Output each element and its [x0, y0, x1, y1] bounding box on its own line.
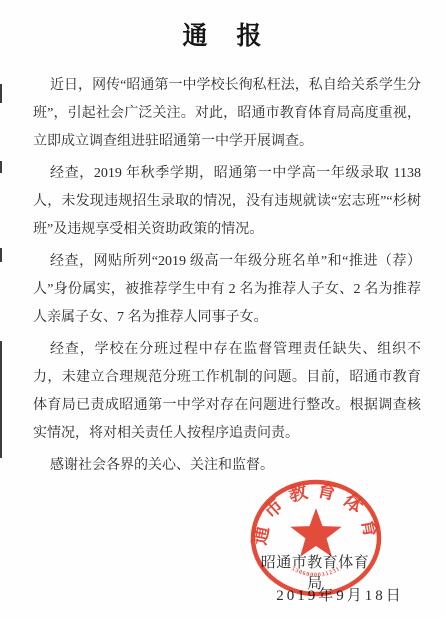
- paragraph: 经查，2019 年秋季学期，昭通第一中学高一年级录取 1138 人，未发现违规招…: [33, 160, 421, 244]
- document-body: 近日，网传“昭通第一中学校长徇私枉法，私自给关系学生分班”，引起社会广泛关注。对…: [33, 72, 421, 484]
- red-star-icon: [290, 508, 341, 557]
- scan-edge-artifact: [0, 248, 2, 262]
- paragraph: 经查，网贴所列“2019 级高一年级分班名单”和“推进（荐）人”身份属实，被推荐…: [33, 248, 421, 332]
- paragraph: 近日，网传“昭通第一中学校长徇私枉法，私自给关系学生分班”，引起社会广泛关注。对…: [33, 72, 421, 156]
- scan-edge-artifact: [0, 341, 2, 458]
- official-seal: 昭通市教育体育局 5306000031231: [246, 477, 386, 599]
- paragraph: 经查，学校在分班过程中存在监督管理责任缺失、组织不力，未建立合理规范分班工作机制…: [33, 336, 421, 448]
- seal-code: 5306000031231: [290, 566, 342, 579]
- paragraph: 感谢社会各界的关心、关注和监督。: [33, 452, 421, 480]
- scanned-notice-page: 通 报 近日，网传“昭通第一中学校长徇私枉法，私自给关系学生分班”，引起社会广泛…: [0, 0, 446, 618]
- scan-edge-artifact: [0, 84, 2, 103]
- scan-edge-artifact: [0, 161, 2, 173]
- document-title: 通 报: [0, 16, 446, 52]
- seal-code-text-holder: 5306000031231: [290, 566, 342, 579]
